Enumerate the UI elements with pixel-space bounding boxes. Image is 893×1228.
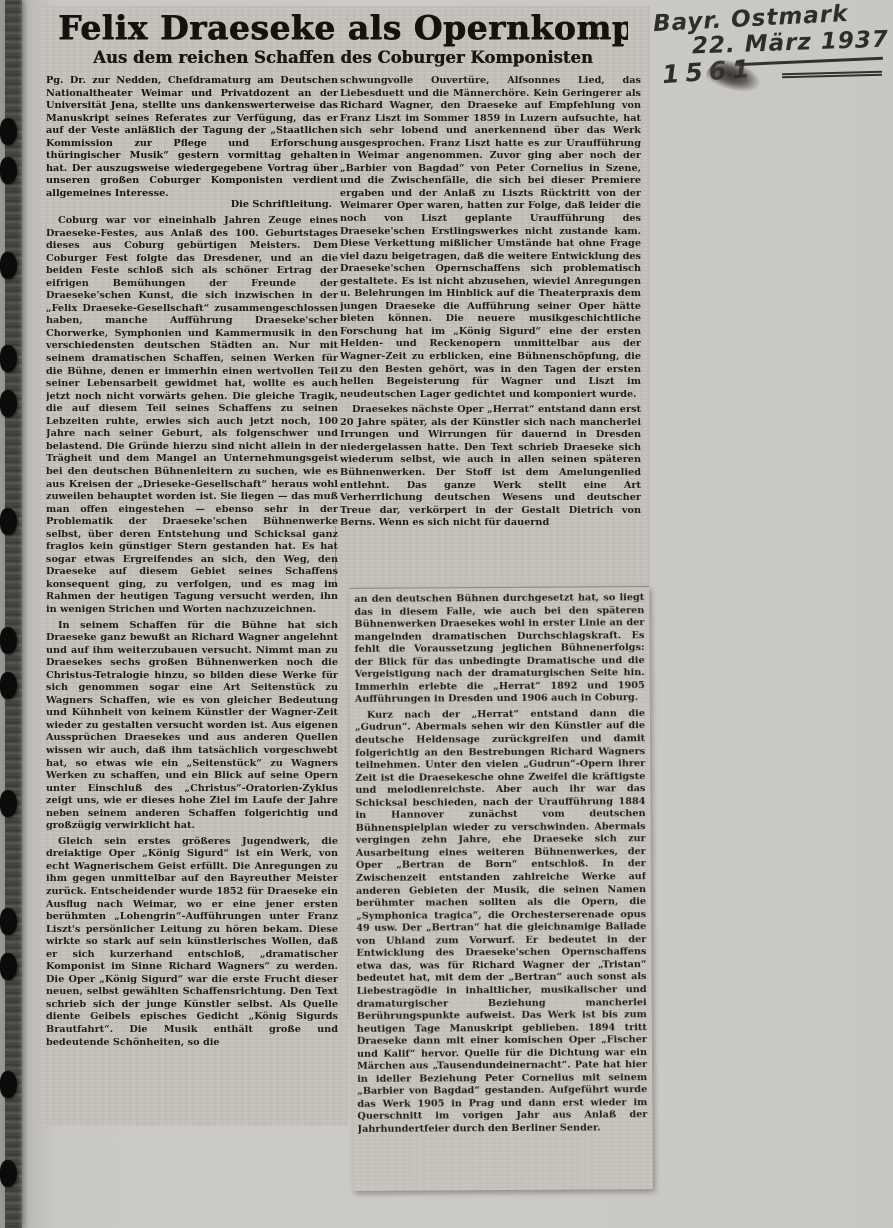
editorial-intro: Pg. Dr. zur Nedden, Chefdramaturg am Deu… xyxy=(46,75,338,212)
paragraph: Coburg war vor eineinhalb Jahren Zeuge e… xyxy=(46,215,338,617)
editorial-signature: Die Schriftleitung. xyxy=(46,199,338,212)
newspaper-clipping-continuation: an den deutschen Bühnen durchgesetzt hat… xyxy=(349,586,653,1191)
binder-hole xyxy=(0,252,17,279)
paragraph: Draesekes nächste Oper „Herrat“ entstand… xyxy=(340,404,641,529)
editorial-intro-text: Pg. Dr. zur Nedden, Chefdramaturg am Deu… xyxy=(46,75,338,199)
binder-hole xyxy=(0,790,17,817)
binder-hole xyxy=(0,908,17,935)
handwritten-date-note: 22. März 1937 xyxy=(692,27,890,60)
handwritten-underline xyxy=(782,71,882,76)
article-column-1: Pg. Dr. zur Nedden, Chefdramaturg am Deu… xyxy=(46,75,338,1117)
binder-hole xyxy=(0,1160,17,1187)
article-column-3: an den deutschen Bühnen durchgesetzt hat… xyxy=(354,592,647,1146)
paragraph: schwungvolle Ouvertüre, Alfsonnes Lied, … xyxy=(340,75,641,401)
binder-hole xyxy=(0,345,17,372)
binder-edge-strip xyxy=(5,0,22,1228)
paragraph: Kurz nach der „Herrat“ entstand dann die… xyxy=(355,708,648,1136)
scanned-archive-page: { "colors": { "paper": "#cbc9c5", "newsp… xyxy=(0,0,893,1228)
binder-hole xyxy=(0,953,17,980)
paragraph: Gleich sein erstes größeres Jugendwerk, … xyxy=(46,836,338,1049)
paragraph: In seinem Schaffen für die Bühne hat sic… xyxy=(46,620,338,833)
paragraph: an den deutschen Bühnen durchgesetzt hat… xyxy=(354,592,645,707)
article-subtitle: Aus dem reichen Schaffen des Coburger Ko… xyxy=(58,48,628,67)
binder-hole xyxy=(0,157,17,184)
binder-hole xyxy=(0,118,17,145)
binder-hole xyxy=(0,508,17,535)
binder-hole xyxy=(0,672,17,699)
article-title: Felix Draeseke als Opernkomponist xyxy=(58,8,628,47)
article-column-2: schwungvolle Ouvertüre, Alfsonnes Lied, … xyxy=(340,75,641,587)
binder-hole xyxy=(0,627,17,654)
binder-hole xyxy=(0,1071,17,1098)
binder-hole xyxy=(0,390,17,417)
